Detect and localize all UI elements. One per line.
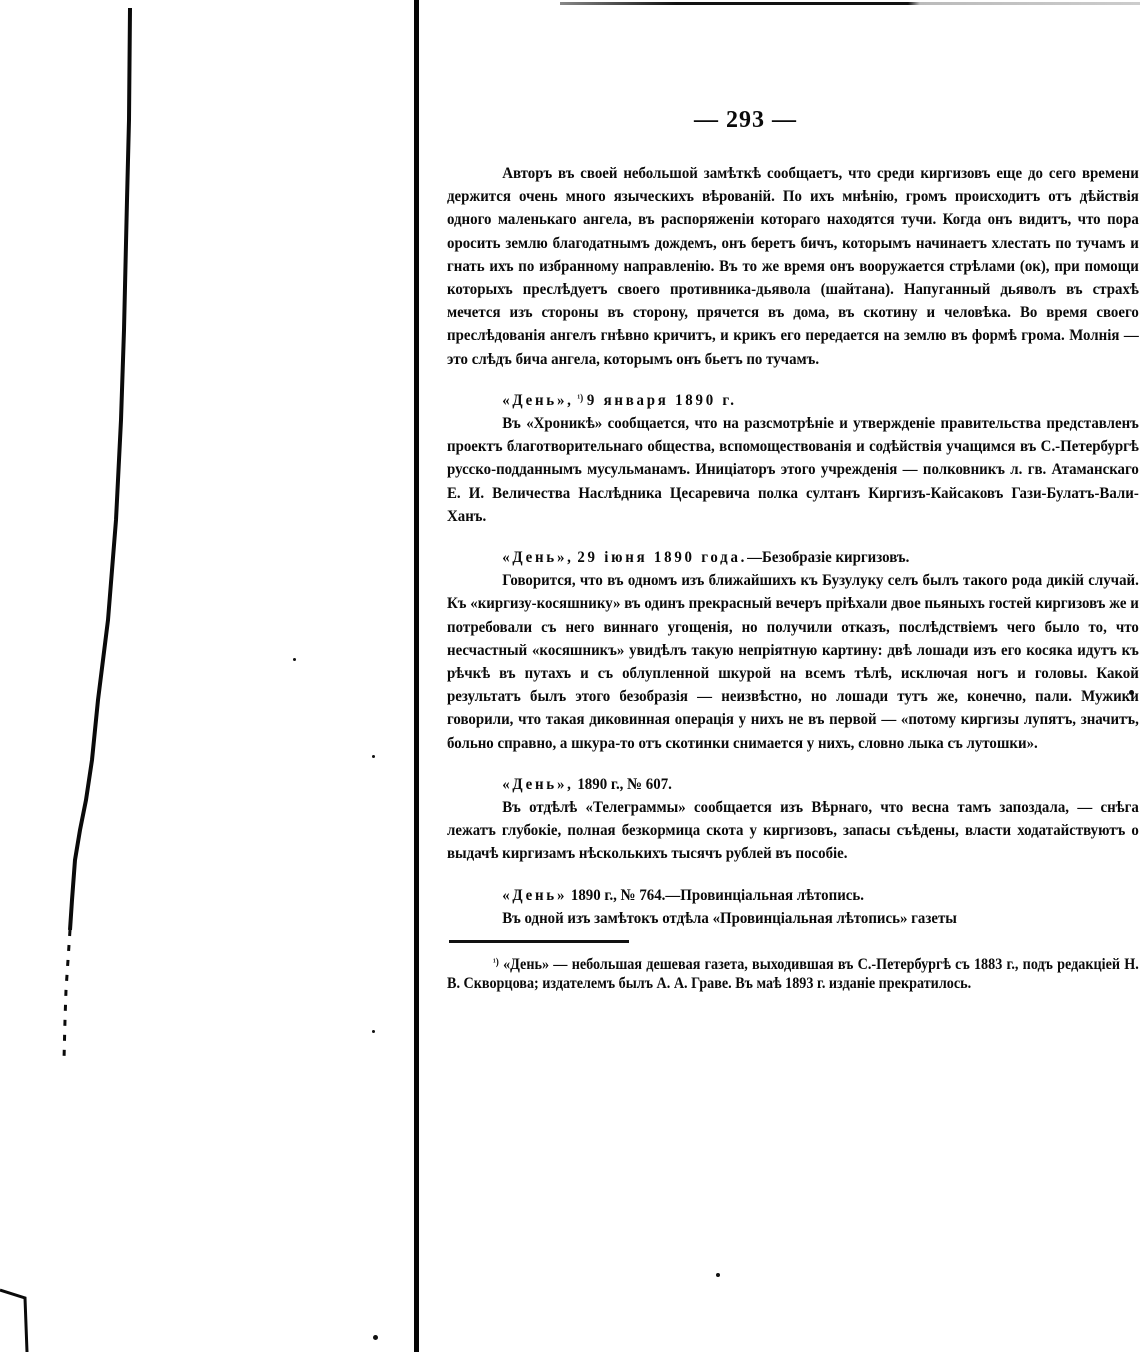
entry-heading: «День», ¹) 9 января 1890 г. xyxy=(447,389,1139,412)
entry-subtitle: —Безобразіе киргизовъ. xyxy=(747,548,909,566)
entry-heading: «День», 29 іюня 1890 года.—Безобразіе ки… xyxy=(447,546,1139,569)
entry-source: «День», xyxy=(502,548,573,566)
scan-speck xyxy=(716,1273,720,1277)
book-page: — 293 — Авторъ въ своей небольшой замѣтк… xyxy=(447,100,1139,993)
footnote: ¹) «День» — небольшая дешевая газета, вы… xyxy=(447,955,1139,993)
entry-source: «День», xyxy=(502,775,573,793)
scan-speck xyxy=(372,755,375,758)
paragraph-text: Авторъ въ своей небольшой замѣткѣ сообща… xyxy=(447,162,1139,371)
page-number: — 293 — xyxy=(447,100,1044,148)
intro-paragraph: Авторъ въ своей небольшой замѣткѣ сообща… xyxy=(447,162,1139,371)
entry-date: 1890 г., № 764. xyxy=(571,886,666,904)
scan-speck xyxy=(372,1030,375,1033)
entry-date: 29 іюня 1890 года. xyxy=(577,548,747,566)
scan-speck xyxy=(293,658,296,661)
entry-heading: «День» 1890 г., № 764.—Провинціальная лѣ… xyxy=(447,884,1139,907)
entry-subtitle: —Провинціальная лѣтопись. xyxy=(665,886,864,904)
entry-source: «День» xyxy=(502,886,567,904)
scan-speck xyxy=(373,1335,378,1340)
entry-4: «День» 1890 г., № 764.—Провинціальная лѣ… xyxy=(447,884,1139,930)
entry-source: «День», xyxy=(502,391,573,409)
page-gutter-line xyxy=(414,0,419,1352)
top-scan-rule xyxy=(560,2,1140,5)
entry-date: 1890 г., № 607. xyxy=(577,775,672,793)
footnote-text: «День» — небольшая дешевая газета, выход… xyxy=(447,956,1139,992)
entry-body: Говорится, что въ одномъ изъ ближайшихъ … xyxy=(447,569,1139,755)
footnote-divider xyxy=(449,940,629,943)
footnote-marker: ¹) xyxy=(493,957,499,968)
page-curl-line-icon xyxy=(0,0,440,1361)
entry-3: «День», 1890 г., № 607. Въ отдѣлѣ «Телег… xyxy=(447,773,1139,866)
entry-heading: «День», 1890 г., № 607. xyxy=(447,773,1139,796)
footnote-reference[interactable]: ¹) xyxy=(577,393,583,404)
entry-1: «День», ¹) 9 января 1890 г. Въ «Хроникѣ»… xyxy=(447,389,1139,528)
entry-date: 9 января 1890 г. xyxy=(587,391,737,409)
entry-body: Въ одной изъ замѣтокъ отдѣла «Провинціал… xyxy=(447,907,1139,930)
entry-body: Въ «Хроникѣ» сообщается, что на разсмотр… xyxy=(447,412,1139,528)
previous-page-edge xyxy=(0,0,440,1361)
entry-2: «День», 29 іюня 1890 года.—Безобразіе ки… xyxy=(447,546,1139,755)
entry-body: Въ отдѣлѣ «Телеграммы» сообщается изъ Вѣ… xyxy=(447,796,1139,866)
